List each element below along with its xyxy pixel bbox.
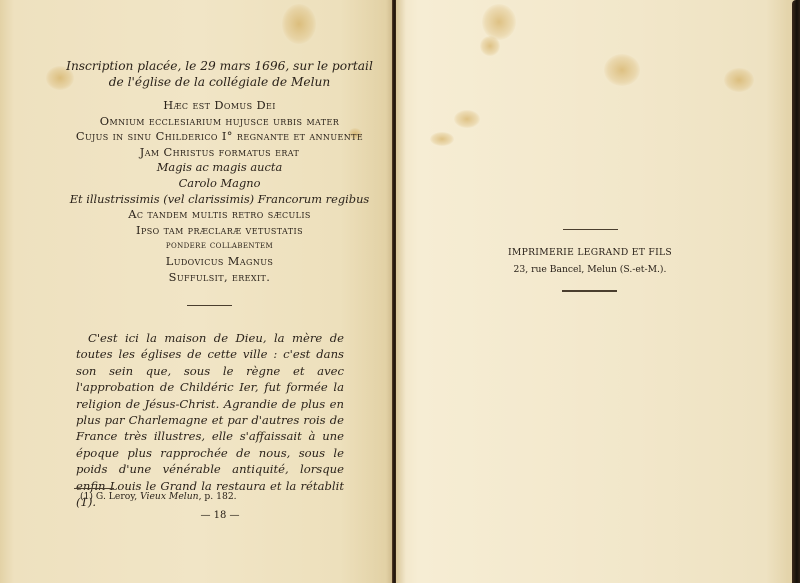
foxing-stain	[724, 68, 754, 92]
book-spine-gutter	[392, 0, 396, 583]
inscription-heading: Inscription placée, le 29 mars 1696, sur…	[62, 58, 377, 90]
inscription-line: Et illustrissimis (vel clarissimis) Fran…	[62, 192, 377, 208]
foxing-stain	[482, 4, 516, 40]
printer-address: 23, rue Bancel, Melun (S.-et-M.).	[470, 261, 710, 278]
book-spread: Inscription placée, le 29 mars 1696, sur…	[0, 0, 800, 583]
foxing-stain	[282, 4, 316, 44]
heading-line-1: Inscription placée, le 29 mars 1696, sur…	[62, 58, 377, 74]
french-translation: C'est ici la maison de Dieu, la mère de …	[76, 330, 344, 510]
foxing-stain	[480, 36, 500, 56]
inscription-line: Cujus in sinu Childerico I° regnante et …	[62, 129, 377, 145]
inscription-line: Magis ac magis aucta	[62, 160, 377, 176]
foxing-stain	[454, 110, 480, 128]
inscription-line: pondere collabentem	[62, 238, 377, 254]
footnote-title: Vieux Melun	[140, 491, 199, 502]
inscription-line: Hæc est Domus Dei	[62, 98, 377, 114]
inscription-line: Suffulsit, erexit.	[62, 270, 377, 286]
section-divider	[187, 305, 232, 306]
foxing-stain	[604, 54, 640, 86]
printer-imprint: IMPRIMERIE LEGRAND ET FILS 23, rue Bance…	[470, 244, 710, 278]
footnote-marker: (1) G. Leroy,	[80, 491, 140, 502]
page-edge-shadow	[792, 0, 800, 583]
foxing-stain	[430, 132, 454, 146]
inscription-line: Carolo Magno	[62, 176, 377, 192]
footnote-rest: , p. 182.	[199, 491, 237, 502]
heading-line-2: de l'église de la collégiale de Melun	[62, 74, 377, 90]
latin-inscription: Hæc est Domus Dei Omnium ecclesiarium hu…	[62, 98, 377, 285]
page-number: — 18 —	[150, 510, 290, 521]
printer-name: IMPRIMERIE LEGRAND ET FILS	[470, 244, 710, 261]
footnote-divider	[74, 488, 114, 489]
inscription-line: Jam Christus formatus erat	[62, 145, 377, 161]
imprint-top-divider	[563, 229, 618, 230]
footnote: (1) G. Leroy, Vieux Melun, p. 182.	[80, 491, 237, 502]
imprint-bottom-divider	[562, 290, 617, 292]
inscription-line: Omnium ecclesiarium hujusce urbis mater	[62, 114, 377, 130]
inscription-line: Ludovicus Magnus	[62, 254, 377, 270]
inscription-line: Ipso tam præclaræ vetustatis	[62, 223, 377, 239]
inscription-line: Ac tandem multis retro sæculis	[62, 207, 377, 223]
